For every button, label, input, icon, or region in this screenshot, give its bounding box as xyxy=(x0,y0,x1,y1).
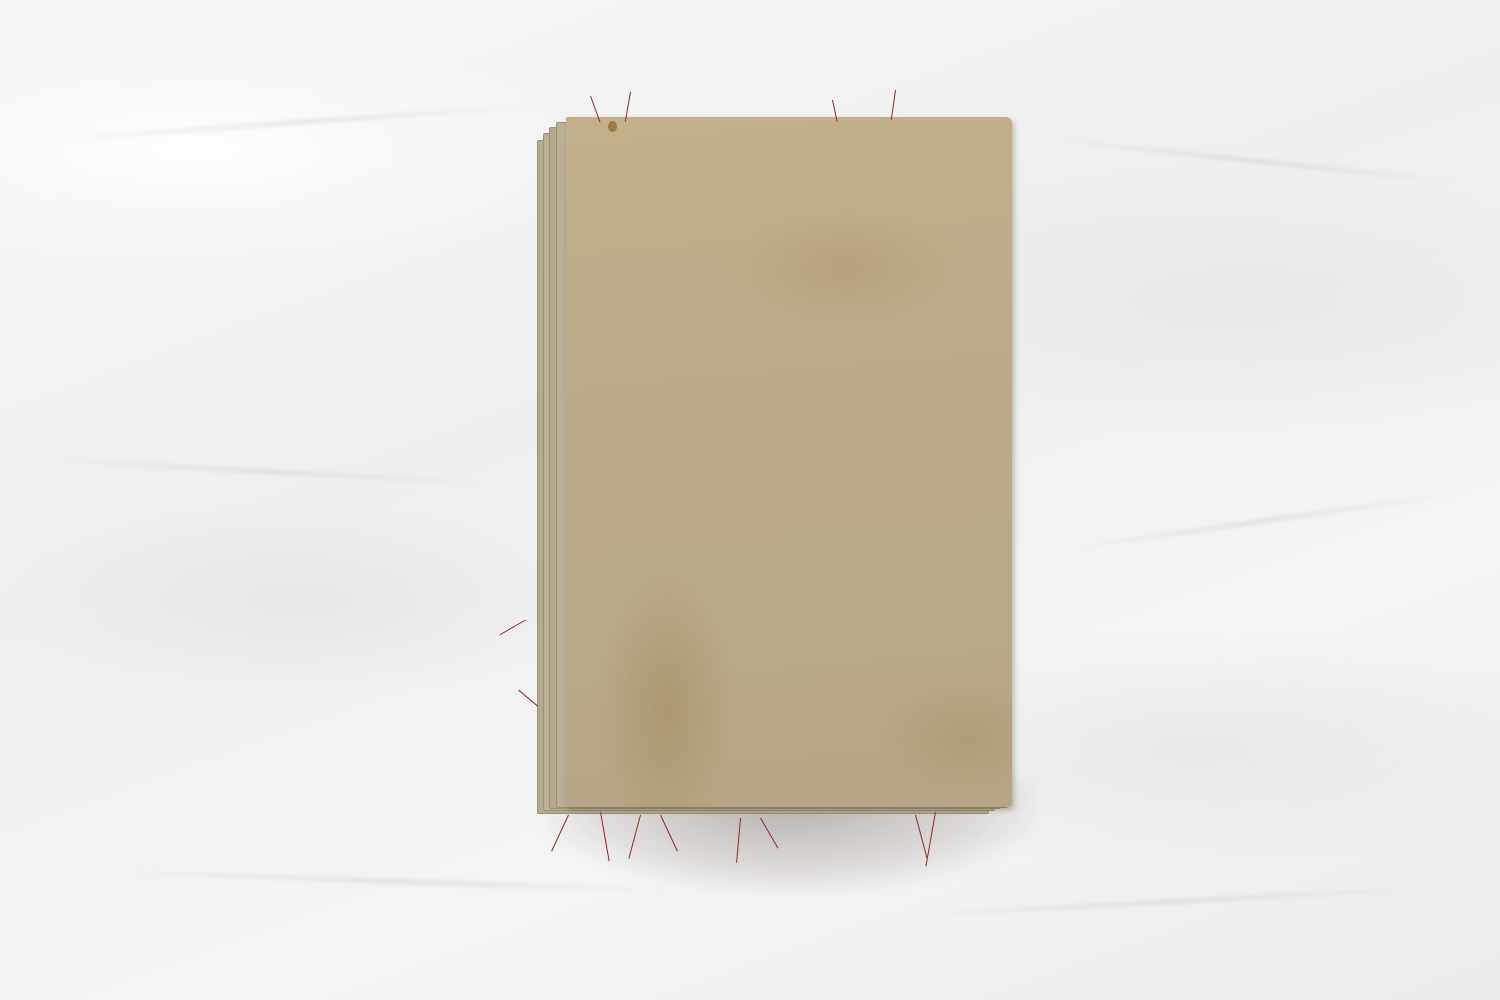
cover-stain xyxy=(608,121,617,132)
book-cover xyxy=(566,117,1012,807)
